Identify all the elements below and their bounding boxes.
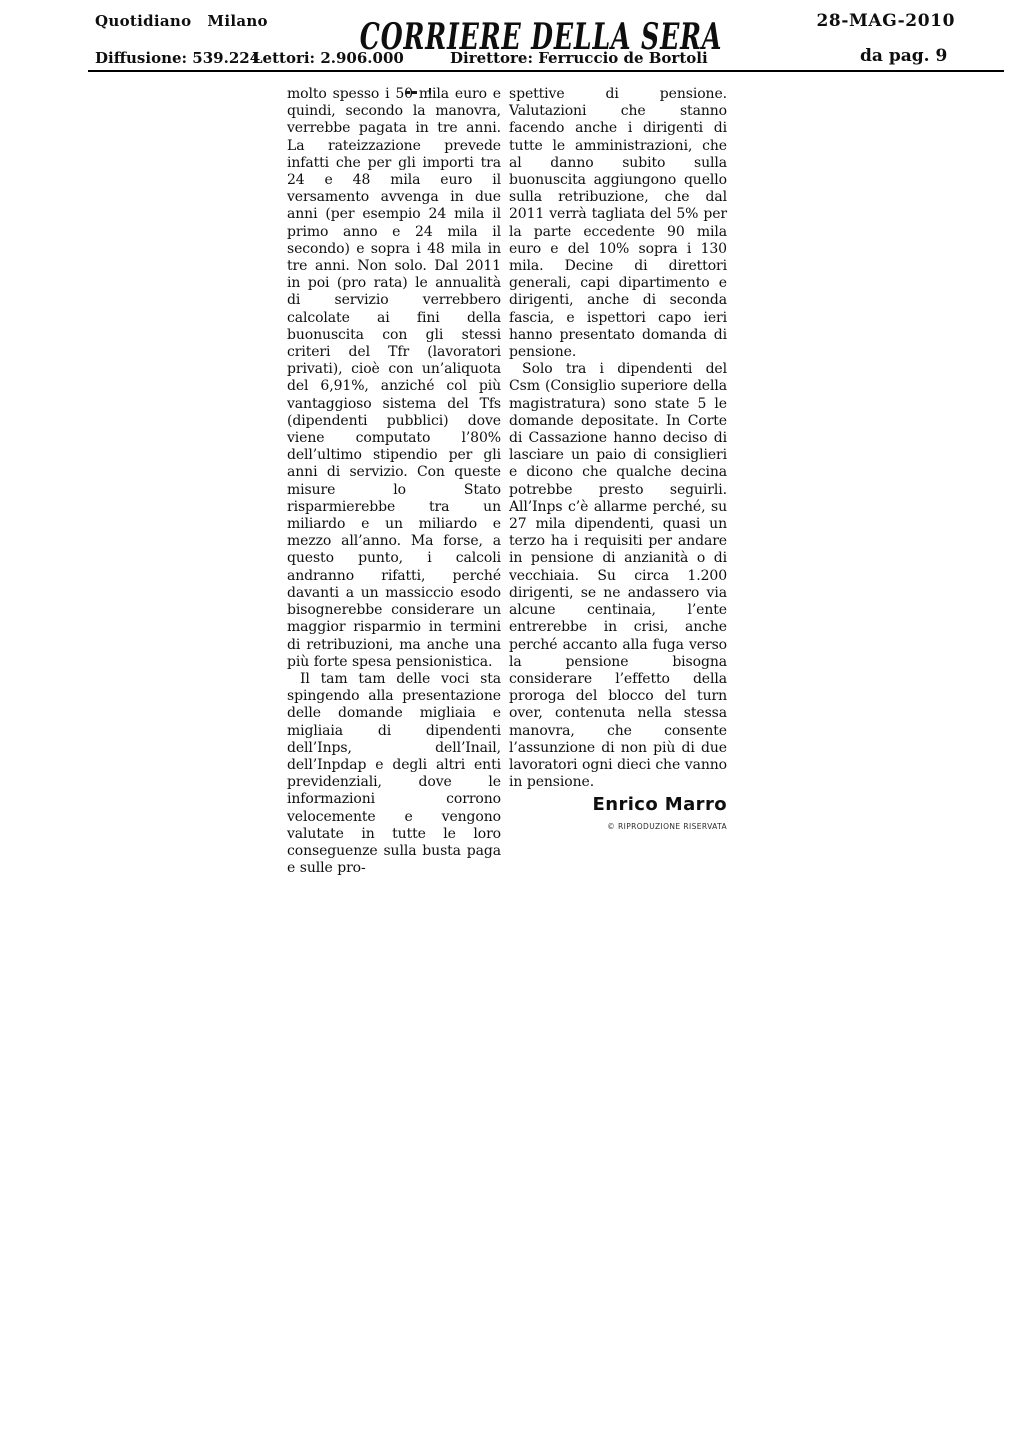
publication-type-label: Quotidiano <box>95 12 191 30</box>
article-column-left: molto spesso i 50 mila euro e quindi, se… <box>287 86 501 877</box>
copyright-notice: © RIPRODUZIONE RISERVATA <box>509 822 727 831</box>
clipping-date: 28-MAG-2010 <box>816 11 955 31</box>
diffusion-label: Diffusione: 539.224 <box>95 49 260 67</box>
director-label: Direttore: Ferruccio de Bortoli <box>450 49 708 67</box>
publication-type-and-city: QuotidianoMilano <box>95 12 268 30</box>
article-paragraph: spettive di pensione. Valutazioni che st… <box>509 86 727 361</box>
article-column-right: spettive di pensione. Valutazioni che st… <box>509 86 727 831</box>
publication-city-label: Milano <box>207 12 267 30</box>
article-paragraph: Il tam tam delle voci sta spingendo alla… <box>287 671 501 877</box>
press-clipping-page: QuotidianoMilano Diffusione: 539.224 Let… <box>0 0 1024 1448</box>
clipped-line-artifact <box>405 75 465 83</box>
page-reference: da pag. 9 <box>860 46 947 66</box>
author-byline: Enrico Marro <box>509 794 727 815</box>
article-paragraph: Solo tra i dipendenti del Csm (Consiglio… <box>509 361 727 791</box>
article-paragraph: molto spesso i 50 mila euro e quindi, se… <box>287 86 501 671</box>
header-divider-rule <box>88 70 1004 72</box>
